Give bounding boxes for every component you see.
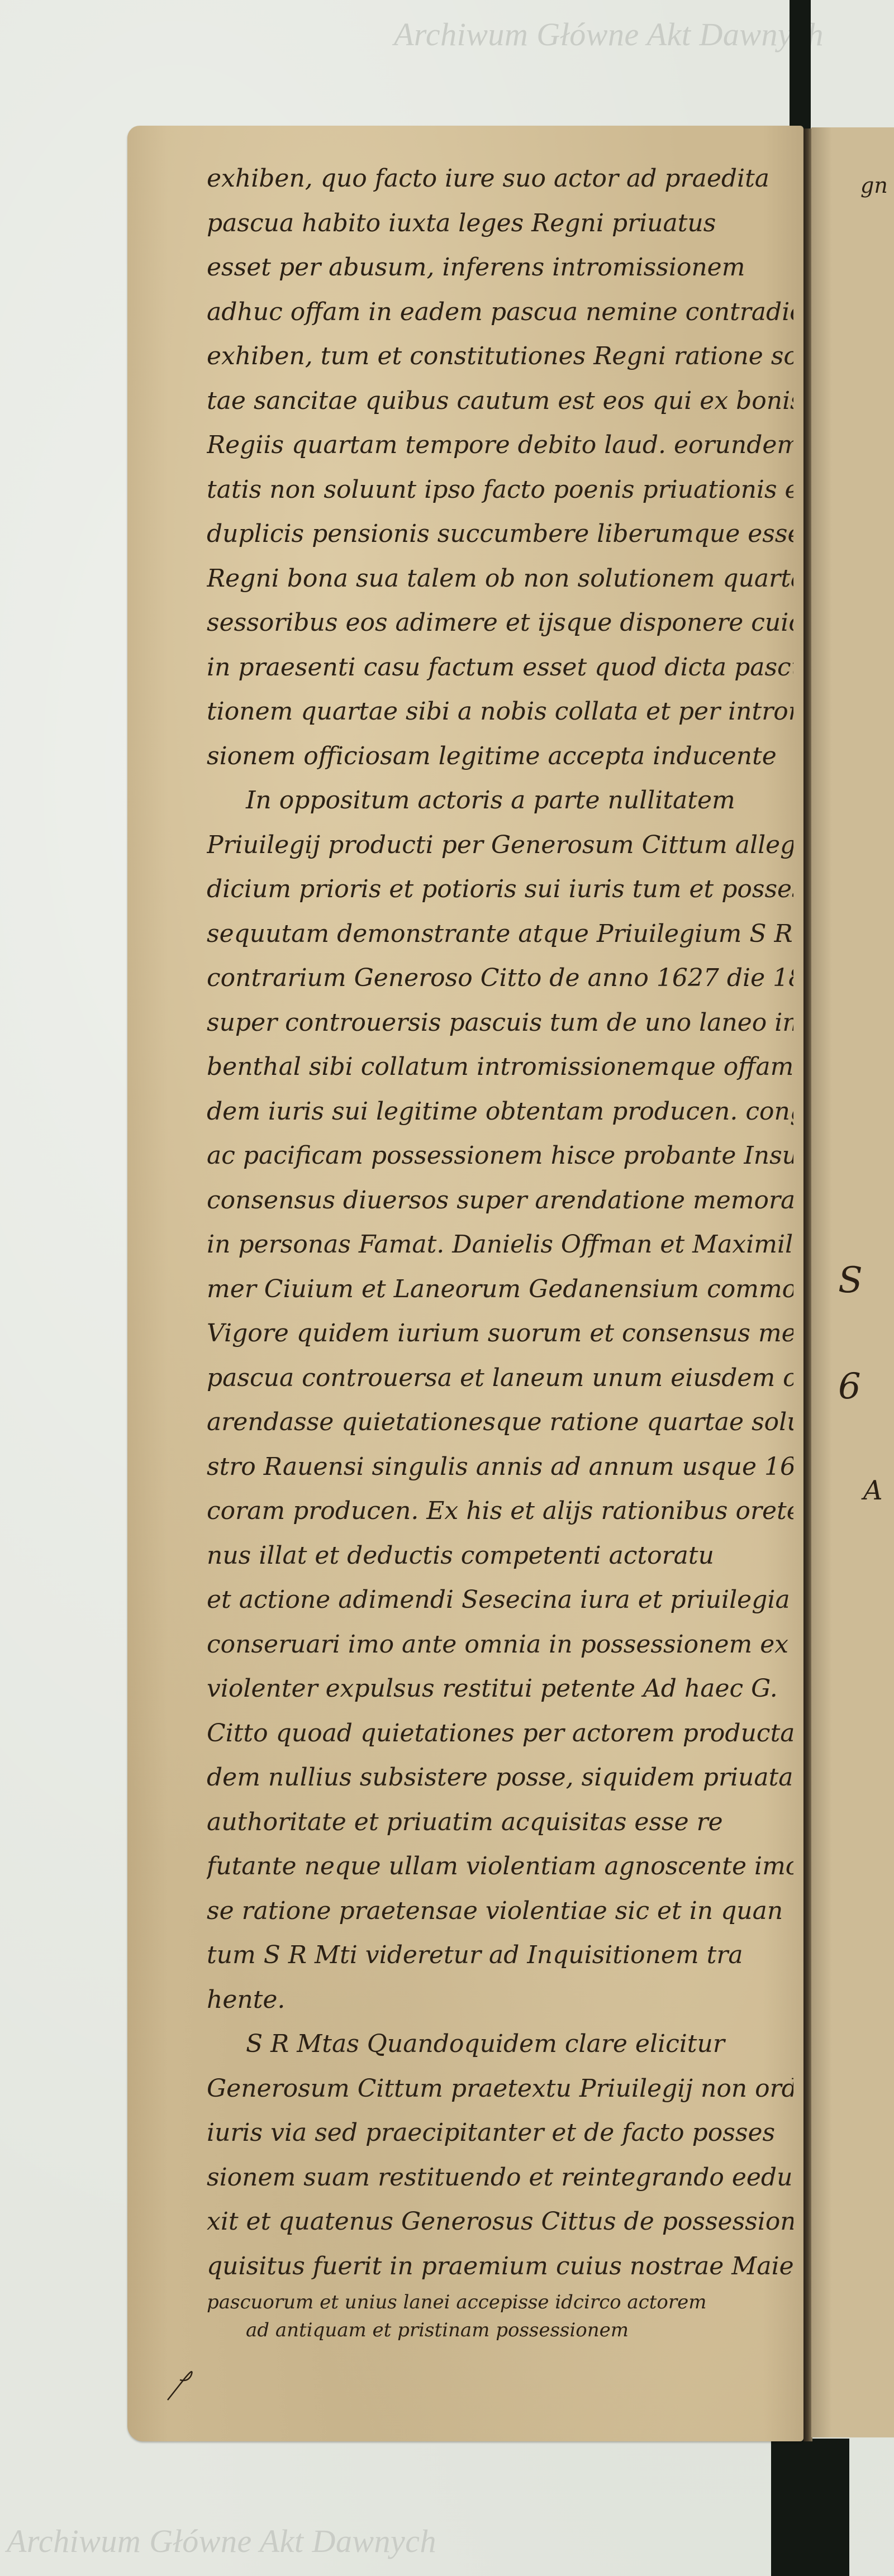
- manuscript-line: exhiben, tum et constitutiones Regni rat…: [207, 334, 793, 379]
- manuscript-line: contrarium Generoso Citto de anno 1627 d…: [207, 956, 793, 1001]
- facing-page-fragment: 6: [838, 1366, 861, 1407]
- manuscript-line: adhuc offam in eadem pascua nemine contr…: [207, 290, 793, 335]
- manuscript-line: Generosum Cittum praetextu Priuilegij no…: [207, 2066, 793, 2111]
- manuscript-line: sequutam demonstrante atque Priuilegium …: [207, 912, 793, 956]
- archive-watermark-top: Archiwum Główne Akt Dawnych: [394, 16, 824, 53]
- binding-strip-bottom: [771, 2439, 849, 2576]
- manuscript-line: hente.: [207, 1978, 793, 2022]
- manuscript-line: Vigore quidem iurium suorum et consensus…: [207, 1311, 793, 1356]
- manuscript-line: consensus diuersos super arendatione mem…: [207, 1178, 793, 1223]
- marginal-insertion-line: pascuorum et unius lanei accepisse idcir…: [207, 2288, 793, 2316]
- paragraph-lead-line: S R Mtas Quandoquidem clare elicitur: [207, 2022, 793, 2066]
- manuscript-line: ac pacificam possessionem hisce probante…: [207, 1134, 793, 1178]
- manuscript-line: futante neque ullam violentiam agnoscent…: [207, 1844, 793, 1889]
- manuscript-line: duplicis pensionis succumbere liberumque…: [207, 512, 793, 556]
- manuscript-line: in personas Famat. Danielis Offman et Ma…: [207, 1222, 793, 1267]
- manuscript-line: exhiben, quo facto iure suo actor ad pra…: [207, 156, 793, 201]
- facing-page-fragment: A: [863, 1475, 883, 1506]
- manuscript-line: arendasse quietationesque ratione quarta…: [207, 1400, 793, 1445]
- manuscript-line: in praesenti casu factum esset quod dict…: [207, 645, 793, 690]
- manuscript-line: tae sancitae quibus cautum est eos qui e…: [207, 379, 793, 423]
- manuscript-line: esset per abusum, inferens intromissione…: [207, 245, 793, 290]
- manuscript-line: super controuersis pascuis tum de uno la…: [207, 1001, 793, 1045]
- paragraph-lead-line: In oppositum actoris a parte nullitatem: [207, 778, 793, 823]
- manuscript-line: dem nullius subsistere posse, siquidem p…: [207, 1755, 793, 1800]
- manuscript-line: sionem officiosam legitime accepta induc…: [207, 734, 793, 779]
- manuscript-line: stro Rauensi singulis annis ad annum usq…: [207, 1445, 793, 1489]
- marginal-insertion-line: ad antiquam et pristinam possessionem: [207, 2316, 793, 2344]
- manuscript-line: quisitus fuerit in praemium cuius nostra…: [207, 2244, 793, 2289]
- manuscript-line: tum S R Mti videretur ad Inquisitionem t…: [207, 1933, 793, 1978]
- manuscript-line: mer Ciuium et Laneorum Gedanensium commo…: [207, 1267, 793, 1312]
- manuscript-line: Regiis quartam tempore debito laud. eoru…: [207, 423, 793, 468]
- pen-flourish-icon: [165, 2363, 199, 2402]
- manuscript-line: iuris via sed praecipitanter et de facto…: [207, 2111, 793, 2155]
- facing-page-fragment: gn: [860, 173, 888, 198]
- handwritten-text: exhiben, quo facto iure suo actor ad pra…: [207, 156, 793, 2344]
- manuscript-line: Priuilegij producti per Generosum Cittum…: [207, 823, 793, 868]
- binding-strip-top: [790, 0, 811, 128]
- manuscript-line: sionem suam restituendo et reintegrando …: [207, 2155, 793, 2200]
- manuscript-line: conseruari imo ante omnia in possessione…: [207, 1622, 793, 1667]
- archive-watermark-bottom: Archiwum Główne Akt Dawnych: [7, 2522, 436, 2560]
- manuscript-line: se ratione praetensae violentiae sic et …: [207, 1889, 793, 1934]
- manuscript-line: sessoribus eos adimere et ijsque dispone…: [207, 601, 793, 645]
- manuscript-line: pascua controuersa et laneum unum eiusde…: [207, 1356, 793, 1401]
- manuscript-line: xit et quatenus Generosus Cittus de poss…: [207, 2199, 793, 2244]
- manuscript-line: tatis non soluunt ipso facto poenis priu…: [207, 468, 793, 512]
- manuscript-line: pascua habito iuxta leges Regni priuatus: [207, 201, 793, 246]
- manuscript-line: tionem quartae sibi a nobis collata et p…: [207, 689, 793, 734]
- manuscript-line: Regni bona sua talem ob non solutionem q…: [207, 556, 793, 601]
- facing-page-fragment: S: [838, 1260, 863, 1301]
- manuscript-line: benthal sibi collatum intromissionemque …: [207, 1045, 793, 1089]
- manuscript-line: dem iuris sui legitime obtentam producen…: [207, 1089, 793, 1134]
- manuscript-line: coram producen. Ex his et alijs rationib…: [207, 1489, 793, 1534]
- manuscript-line: Citto quoad quietationes per actorem pro…: [207, 1711, 793, 1756]
- manuscript-line: dicium prioris et potioris sui iuris tum…: [207, 867, 793, 912]
- manuscript-line: et actione adimendi Sesecina iura et pri…: [207, 1578, 793, 1622]
- manuscript-line: authoritate et priuatim acquisitas esse …: [207, 1800, 793, 1845]
- manuscript-line: violenter expulsus restitui petente Ad h…: [207, 1666, 793, 1711]
- manuscript-line: nus illat et deductis competenti actorat…: [207, 1534, 793, 1578]
